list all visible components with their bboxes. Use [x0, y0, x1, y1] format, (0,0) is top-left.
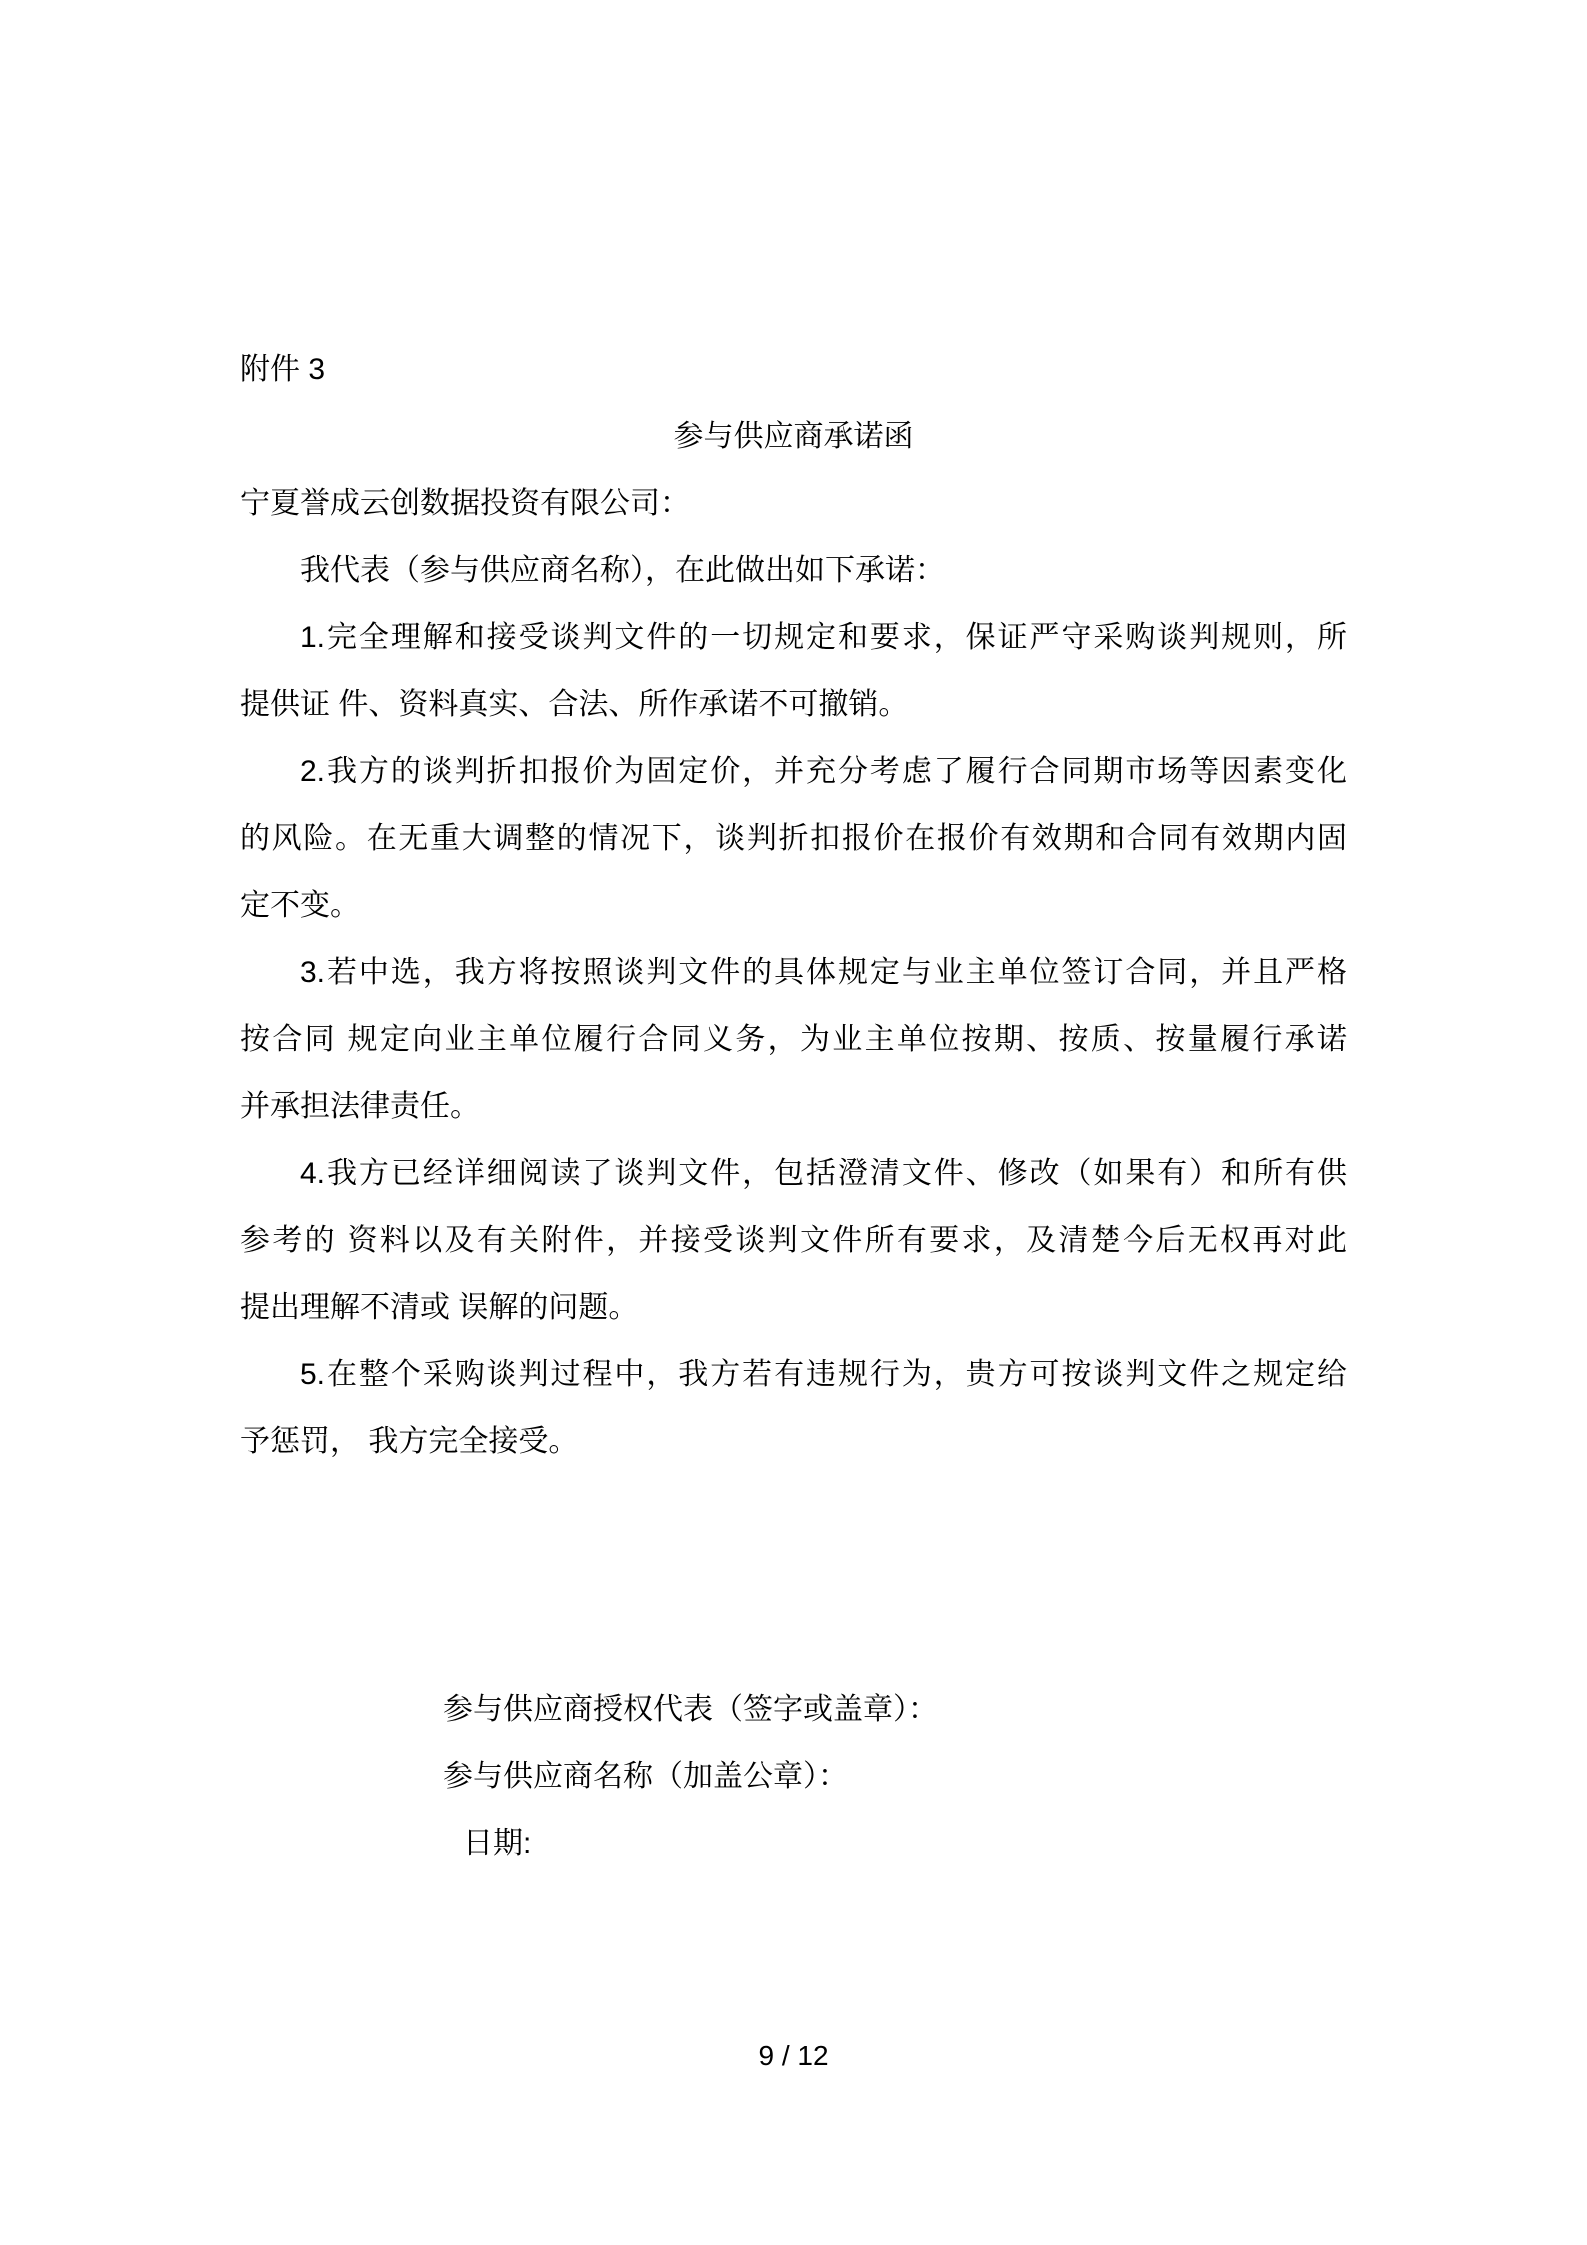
para-4-line-2: 参考的 资料以及有关附件，并接受谈判文件所有要求，及清楚今后无权再对此 [240, 1207, 1347, 1274]
document-page: 附件 3 参与供应商承诺函 宁夏誉成云创数据投资有限公司： 我代表（参与供应商名… [0, 0, 1587, 2245]
para-5-line-2: 予惩罚， 我方完全接受。 [240, 1408, 1347, 1475]
document-body: 附件 3 参与供应商承诺函 宁夏誉成云创数据投资有限公司： 我代表（参与供应商名… [240, 336, 1347, 1475]
signature-block: 参与供应商授权代表（签字或盖章）： 参与供应商名称（加盖公章）： 日期: [443, 1676, 938, 1877]
para-4-line-3: 提出理解不清或 误解的问题。 [240, 1274, 1347, 1341]
para-2-line-2: 的风险。在无重大调整的情况下，谈判折扣报价在报价有效期和合同有效期内固 [240, 805, 1347, 872]
attachment-label: 附件 3 [240, 336, 1347, 403]
para-2-line-3: 定不变。 [240, 872, 1347, 939]
document-title: 参与供应商承诺函 [240, 403, 1347, 470]
signature-supplier-name: 参与供应商名称（加盖公章）： [443, 1743, 938, 1810]
para-1-line-1: 1.完全理解和接受谈判文件的一切规定和要求，保证严守采购谈判规则，所 [240, 604, 1347, 671]
para-2-line-1: 2.我方的谈判折扣报价为固定价，并充分考虑了履行合同期市场等因素变化 [240, 738, 1347, 805]
para-5-line-1: 5.在整个采购谈判过程中，我方若有违规行为，贵方可按谈判文件之规定给 [240, 1341, 1347, 1408]
para-1-line-2: 提供证 件、资料真实、合法、所作承诺不可撤销。 [240, 671, 1347, 738]
signature-date-label: 日期: [463, 1810, 938, 1877]
para-3-line-1: 3.若中选，我方将按照谈判文件的具体规定与业主单位签订合同，并且严格 [240, 939, 1347, 1006]
signature-authorized-rep: 参与供应商授权代表（签字或盖章）： [443, 1676, 938, 1743]
addressee-line: 宁夏誉成云创数据投资有限公司： [240, 470, 1347, 537]
para-4-line-1: 4.我方已经详细阅读了谈判文件，包括澄清文件、修改（如果有）和所有供 [240, 1140, 1347, 1207]
para-3-line-2: 按合同 规定向业主单位履行合同义务，为业主单位按期、按质、按量履行承诺 [240, 1006, 1347, 1073]
para-3-line-3: 并承担法律责任。 [240, 1073, 1347, 1140]
page-number: 9 / 12 [0, 2039, 1587, 2073]
intro-line: 我代表（参与供应商名称），在此做出如下承诺： [240, 537, 1347, 604]
